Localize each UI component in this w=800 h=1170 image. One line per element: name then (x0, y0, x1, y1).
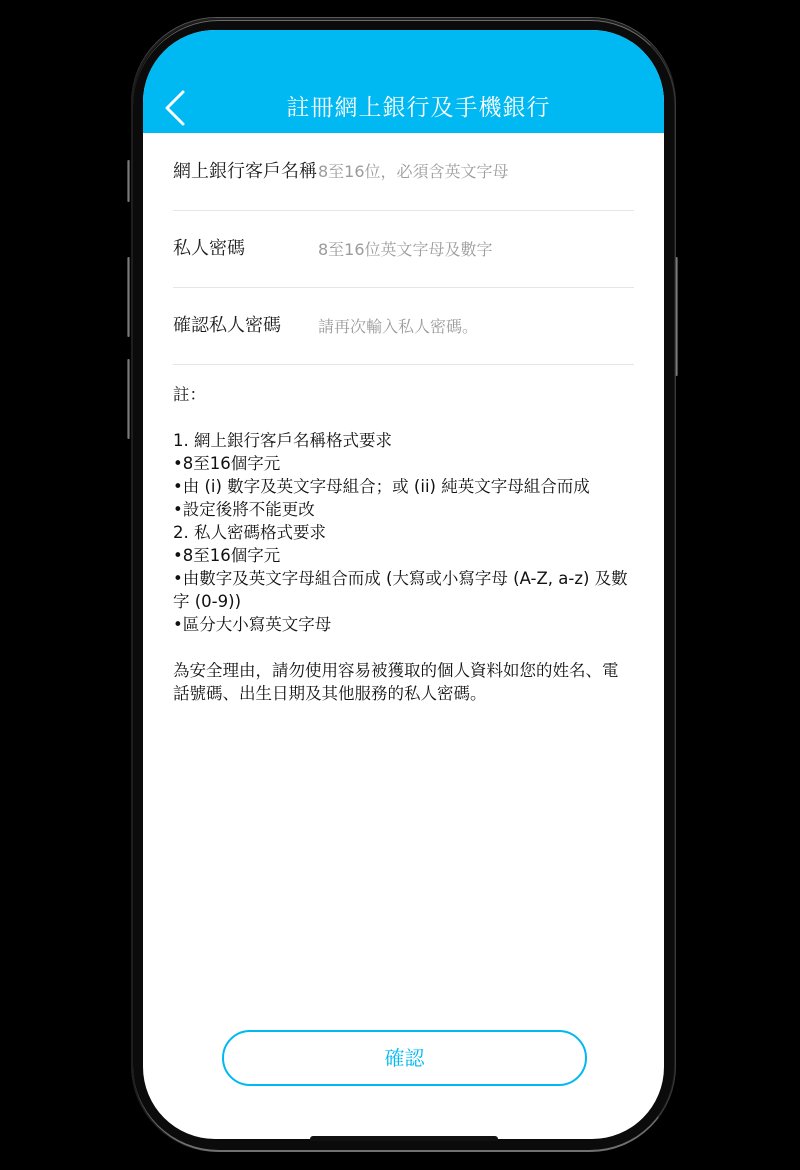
security-warning: 為安全理由，請勿使用容易被獲取的個人資料如您的姓名、電話號碼、出生日期及其他服務… (173, 659, 634, 705)
confirm-password-input[interactable] (318, 317, 634, 336)
password-label: 私人密碼 (173, 238, 318, 260)
app-screen: 註冊網上銀行及手機銀行 網上銀行客戶名稱 私人密碼 確認私人密碼 註： 1. 網… (143, 30, 664, 1139)
app-header: 註冊網上銀行及手機銀行 (143, 30, 664, 133)
username-requirements-title: 1. 網上銀行客戶名稱格式要求 (173, 429, 634, 452)
registration-form: 網上銀行客戶名稱 私人密碼 確認私人密碼 (173, 133, 634, 365)
username-input[interactable] (318, 162, 634, 181)
volume-up-button (127, 257, 130, 337)
notes-heading: 註： (173, 383, 634, 406)
username-label: 網上銀行客戶名稱 (173, 161, 318, 183)
mute-switch (127, 160, 130, 202)
form-row-username: 網上銀行客戶名稱 (173, 133, 634, 211)
password-requirement-item: •區分大小寫英文字母 (173, 613, 634, 636)
confirm-password-label: 確認私人密碼 (173, 315, 318, 337)
username-requirement-item: •由 (i) 數字及英文字母組合；或 (ii) 純英文字母組合而成 (173, 475, 634, 498)
password-input[interactable] (318, 240, 634, 259)
volume-down-button (127, 359, 130, 439)
password-requirement-item: •由數字及英文字母組合而成 (大寫或小寫字母 (A-Z, a-z) 及數字 (0… (173, 567, 634, 613)
page-title: 註冊網上銀行及手機銀行 (143, 89, 664, 122)
confirm-button[interactable]: 確認 (222, 1030, 587, 1086)
form-row-confirm-password: 確認私人密碼 (173, 288, 634, 365)
home-indicator (310, 1136, 498, 1141)
username-requirement-item: •設定後將不能更改 (173, 498, 634, 521)
notes-section: 註： 1. 網上銀行客戶名稱格式要求 •8至16個字元 •由 (i) 數字及英文… (173, 383, 634, 705)
form-row-password: 私人密碼 (173, 211, 634, 288)
power-button (675, 257, 678, 376)
password-requirement-item: •8至16個字元 (173, 544, 634, 567)
password-requirements-title: 2. 私人密碼格式要求 (173, 521, 634, 544)
username-requirement-item: •8至16個字元 (173, 452, 634, 475)
